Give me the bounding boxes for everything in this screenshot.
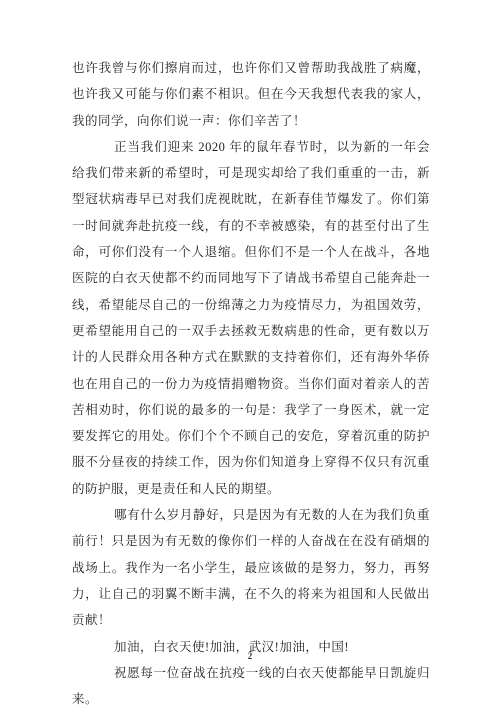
paragraph: 也许我曾与你们擦肩而过，也许你们又曾帮助我战胜了病魔，也许我又可能与你们素不相识… [72,55,430,134]
document-page: 也许我曾与你们擦肩而过，也许你们又曾帮助我战胜了病魔，也许我又可能与你们素不相识… [0,0,500,707]
page-number: 2 [0,651,500,661]
paragraph: 祝愿每一位奋战在抗疫一线的白衣天使都能早日凯旋归来。 [72,660,430,707]
essay-body: 也许我曾与你们擦肩而过，也许你们又曾帮助我战胜了病魔，也许我又可能与你们素不相识… [72,55,430,707]
paragraph: 正当我们迎来 2020 年的鼠年春节时，以为新的一年会给我们带来新的希望时，可是… [72,134,430,502]
paragraph: 哪有什么岁月静好，只是因为有无数的人在为我们负重前行！只是因为有无数的像你们一样… [72,502,430,633]
